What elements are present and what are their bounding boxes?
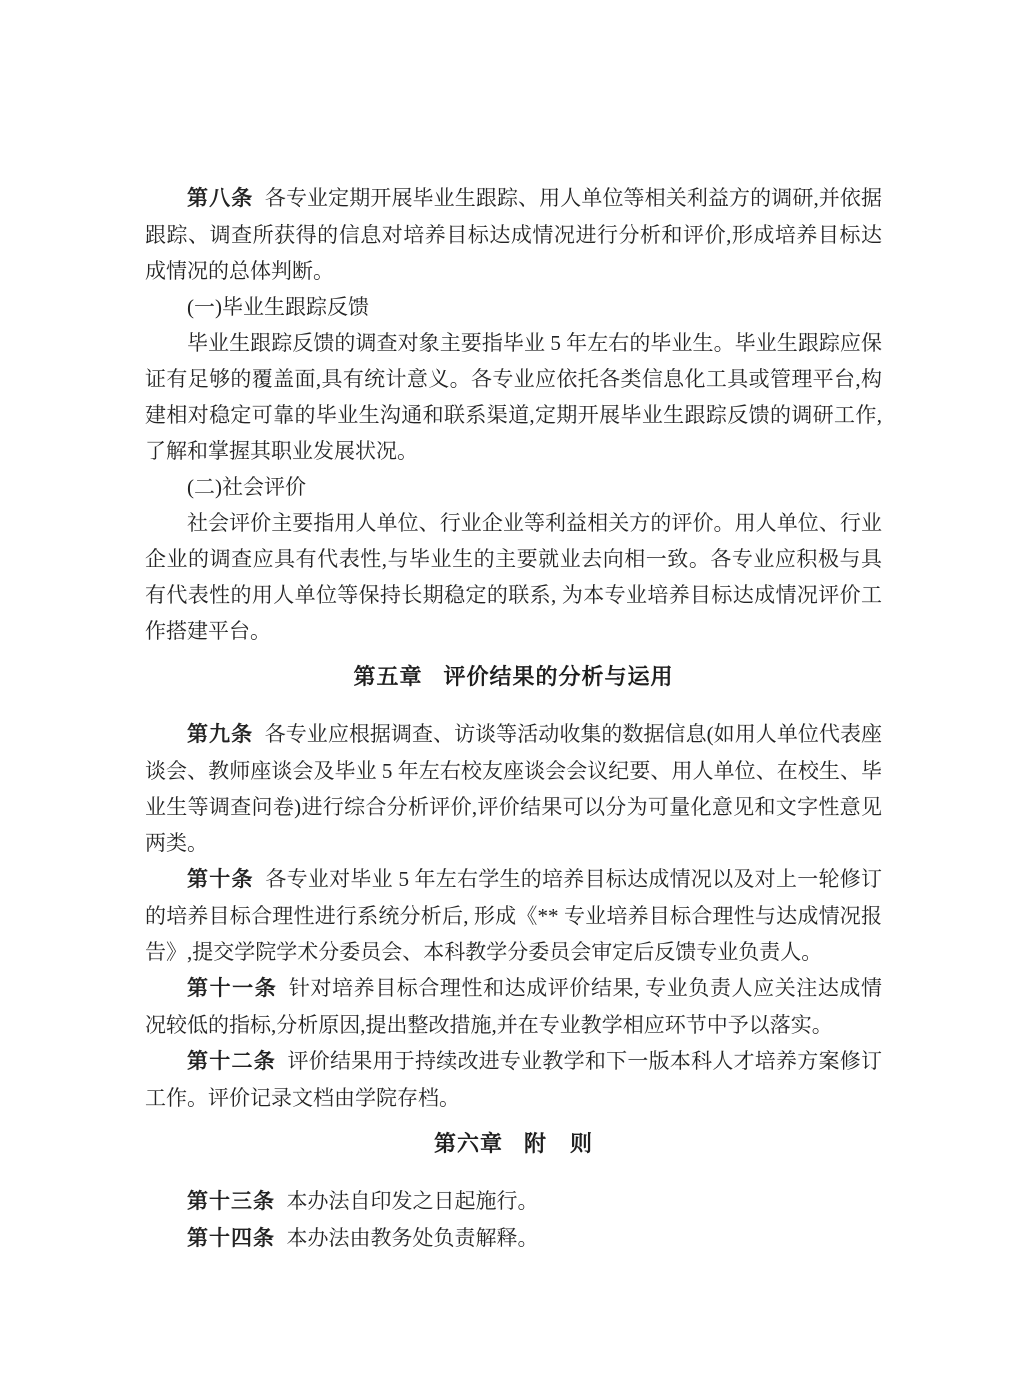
chapter-5-heading: 第五章评价结果的分析与运用 <box>145 659 882 695</box>
subitem-2-social-evaluation: (二)社会评价 <box>145 469 882 505</box>
subitem-1-graduate-tracking-feedback: (一)毕业生跟踪反馈 <box>145 289 882 325</box>
chapter-6-number: 第六章 <box>434 1131 503 1156</box>
article-11-number: 第十一条 <box>187 977 277 1000</box>
paragraph-article-14: 第十四条本办法由教务处负责解释。 <box>145 1220 882 1257</box>
article-14-text: 本办法由教务处负责解释。 <box>287 1226 539 1250</box>
article-8-text: 各专业定期开展毕业生跟踪、用人单位等相关利益方的调研,并依据跟踪、调查所获得的信… <box>145 186 882 283</box>
paragraph-article-13: 第十三条本办法自印发之日起施行。 <box>145 1183 882 1220</box>
paragraph-article-12: 第十二条评价结果用于持续改进专业教学和下一版本科人才培养方案修订工作。评价记录文… <box>145 1043 882 1116</box>
article-13-text: 本办法自印发之日起施行。 <box>287 1189 539 1213</box>
article-9-number: 第九条 <box>187 723 253 746</box>
article-10-number: 第十条 <box>187 868 254 891</box>
chapter-6-title: 附 则 <box>524 1131 593 1156</box>
paragraph-article-11: 第十一条针对培养目标合理性和达成评价结果, 专业负责人应关注达成情况较低的指标,… <box>145 970 882 1043</box>
article-12-number: 第十二条 <box>187 1050 276 1073</box>
article-13-number: 第十三条 <box>187 1190 275 1213</box>
paragraph-social-evaluation-detail: 社会评价主要指用人单位、行业企业等利益相关方的评价。用人单位、行业企业的调查应具… <box>145 505 882 649</box>
document-page: 第八条各专业定期开展毕业生跟踪、用人单位等相关利益方的调研,并依据跟踪、调查所获… <box>0 0 1024 1379</box>
paragraph-article-9: 第九条各专业应根据调查、访谈等活动收集的数据信息(如用人单位代表座谈会、教师座谈… <box>145 716 882 861</box>
paragraph-article-8: 第八条各专业定期开展毕业生跟踪、用人单位等相关利益方的调研,并依据跟踪、调查所获… <box>145 180 882 289</box>
chapter-5-number: 第五章 <box>354 664 423 689</box>
article-8-number: 第八条 <box>187 187 253 210</box>
paragraph-graduate-tracking-detail: 毕业生跟踪反馈的调查对象主要指毕业 5 年左右的毕业生。毕业生跟踪应保证有足够的… <box>145 325 882 469</box>
chapter-6-heading: 第六章附 则 <box>145 1126 882 1162</box>
article-9-text: 各专业应根据调查、访谈等活动收集的数据信息(如用人单位代表座谈会、教师座谈会及毕… <box>145 722 882 855</box>
paragraph-article-10: 第十条各专业对毕业 5 年左右学生的培养目标达成情况以及对上一轮修订的培养目标合… <box>145 861 882 970</box>
chapter-5-title: 评价结果的分析与运用 <box>443 664 673 689</box>
article-14-number: 第十四条 <box>187 1227 275 1250</box>
document-text-block: 第八条各专业定期开展毕业生跟踪、用人单位等相关利益方的调研,并依据跟踪、调查所获… <box>145 180 882 1257</box>
article-10-text: 各专业对毕业 5 年左右学生的培养目标达成情况以及对上一轮修订的培养目标合理性进… <box>145 867 882 964</box>
